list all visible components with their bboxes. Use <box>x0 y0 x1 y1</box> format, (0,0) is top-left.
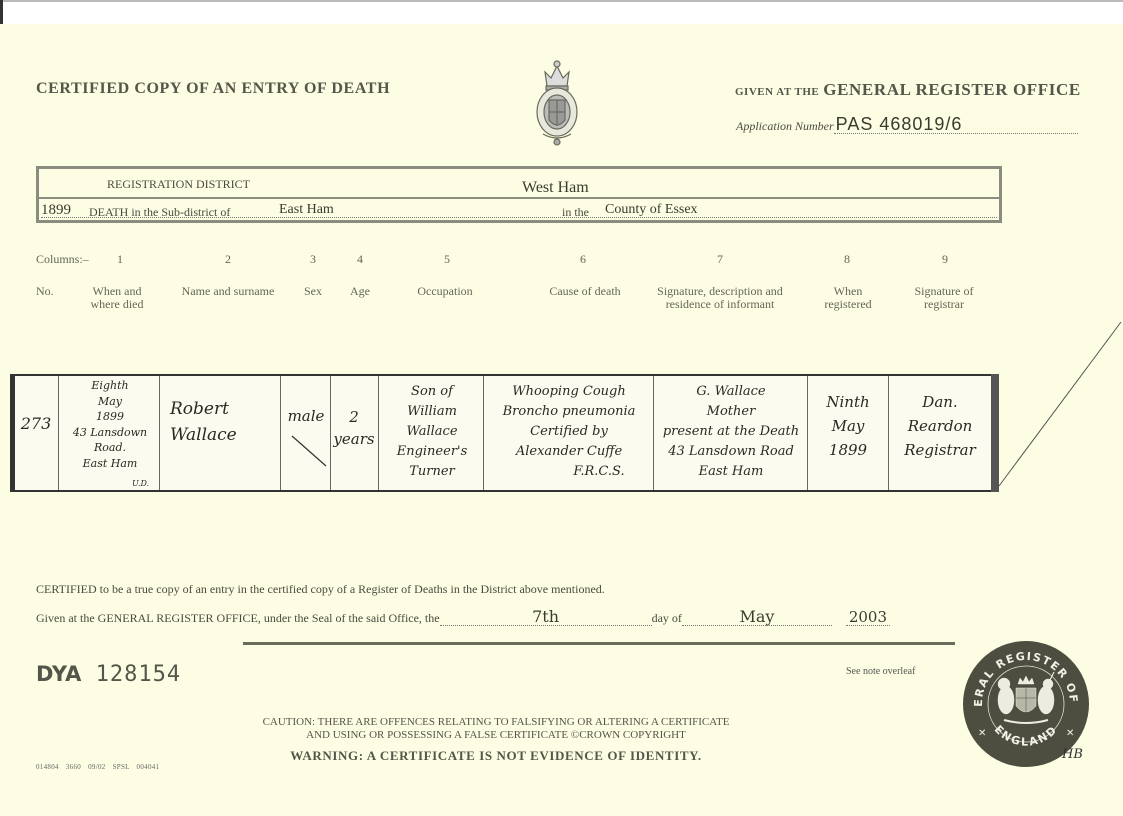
county-value: County of Essex <box>605 202 698 218</box>
examiner-initials: HB <box>1062 747 1083 762</box>
column-number-4: 4 <box>357 252 363 267</box>
entry-age: 2 years <box>330 406 378 450</box>
column-divider <box>888 376 889 490</box>
entry-date-day: Eighth <box>60 378 160 394</box>
occupation-line: Wallace <box>382 422 482 442</box>
entry-age-unit: years <box>330 428 378 450</box>
entry-left-border <box>10 374 15 492</box>
certificate-day: 7th <box>440 609 652 626</box>
column-number-6: 6 <box>580 252 586 267</box>
entry-registrar: Dan. Reardon Registrar <box>890 390 990 462</box>
certificate-year: 2003 <box>846 609 890 626</box>
header-when-where: When and where died <box>82 285 152 311</box>
entry-cause: Whooping Cough Broncho pneumonia Certifi… <box>485 382 653 482</box>
column-number-5: 5 <box>444 252 450 267</box>
general-register-office-label: GENERAL REGISTER OFFICE <box>823 80 1081 99</box>
entry-name: Robert Wallace <box>160 396 290 448</box>
given-under-seal-line: Given at the GENERAL REGISTER OFFICE, un… <box>36 609 890 626</box>
cause-line: Broncho pneumonia <box>485 402 653 422</box>
entry-when-where: Eighth May 1899 43 Lansdown Road. East H… <box>60 378 160 471</box>
scan-top-margin <box>0 0 1123 24</box>
form-code: 014804 3660 09/02 SPSL 004041 <box>36 763 159 771</box>
dotted-line <box>41 217 997 218</box>
registered-year: 1899 <box>808 438 888 462</box>
entry-date-year: 1899 <box>60 409 160 425</box>
cause-line: Alexander Cuffe <box>485 442 653 462</box>
occupation-line: Engineer's <box>382 442 482 462</box>
horizontal-rule <box>243 642 955 645</box>
register-entry-row: 273 Eighth May 1899 43 Lansdown Road. Ea… <box>10 374 995 492</box>
cancel-diagonal-line <box>995 320 1123 490</box>
scan-left-edge <box>0 0 3 24</box>
occupation-line: Turner <box>382 462 482 482</box>
application-number-value: PAS 468019/6 <box>834 115 1078 134</box>
entry-forename: Robert <box>170 396 290 422</box>
district-row: REGISTRATION DISTRICT West Ham <box>39 169 999 199</box>
occupation-line: Son of <box>382 382 482 402</box>
svg-text:✕: ✕ <box>978 728 986 739</box>
registration-district-value: West Ham <box>522 179 589 197</box>
certificate-month: May <box>682 609 832 626</box>
occupation-line: William <box>382 402 482 422</box>
entry-surname: Wallace <box>170 422 290 448</box>
royal-crest-icon <box>533 58 581 150</box>
header-age: Age <box>345 285 375 298</box>
application-number-label: Application Number <box>736 119 834 134</box>
header-registrar: Signature of registrar <box>908 285 980 311</box>
entry-date-month: May <box>60 394 160 410</box>
serial-number: 128154 <box>96 662 181 687</box>
registered-month: May <box>808 414 888 438</box>
column-number-2: 2 <box>225 252 231 267</box>
column-divider <box>483 376 484 490</box>
cause-line: Whooping Cough <box>485 382 653 402</box>
see-note-overleaf: See note overleaf <box>846 666 915 677</box>
caution-line-1: CAUTION: THERE ARE OFFENCES RELATING TO … <box>230 716 762 729</box>
header-occupation: Occupation <box>400 285 490 298</box>
informant-line: Mother <box>655 402 807 422</box>
registrar-line: Reardon <box>890 414 990 438</box>
informant-line: 43 Lansdown Road <box>655 442 807 462</box>
entry-sex: male <box>280 408 332 424</box>
entry-address-town: East Ham <box>60 456 160 472</box>
informant-line: present at the Death <box>655 422 807 442</box>
strike-mark <box>290 434 330 470</box>
entry-ud-note: U.D. <box>132 476 149 492</box>
application-number-field: Application Number PAS 468019/6 <box>736 115 1078 134</box>
day-of-label: day of <box>652 611 682 626</box>
given-at-heading: GIVEN AT THEGENERAL REGISTER OFFICE <box>735 80 1081 100</box>
given-under-seal-text: Given at the GENERAL REGISTER OFFICE, un… <box>36 611 440 626</box>
subdistrict-value: East Ham <box>279 202 334 218</box>
svg-text:✕: ✕ <box>1066 728 1074 739</box>
header-no: No. <box>36 285 54 298</box>
entry-when-registered: Ninth May 1899 <box>808 390 888 462</box>
header-informant: Signature, description and residence of … <box>655 285 785 311</box>
registration-district-box: REGISTRATION DISTRICT West Ham 1899 DEAT… <box>36 166 1002 223</box>
entry-number: 273 <box>16 416 56 432</box>
entry-age-value: 2 <box>330 406 378 428</box>
column-number-8: 8 <box>844 252 850 267</box>
header-when-registered: When registered <box>818 285 878 311</box>
column-divider <box>58 376 59 490</box>
registrar-line: Dan. <box>890 390 990 414</box>
informant-line: G. Wallace <box>655 382 807 402</box>
column-number-3: 3 <box>310 252 316 267</box>
serial-prefix: DYA <box>36 662 81 686</box>
column-divider <box>378 376 379 490</box>
header-cause: Cause of death <box>540 285 630 298</box>
informant-line: East Ham <box>655 462 807 482</box>
cause-line: F.R.C.S. <box>485 462 653 482</box>
certificate-title: CERTIFIED COPY OF AN ENTRY OF DEATH <box>36 80 390 98</box>
caution-notice: CAUTION: THERE ARE OFFENCES RELATING TO … <box>230 716 762 742</box>
identity-warning: WARNING: A CERTIFICATE IS NOT EVIDENCE O… <box>230 748 762 764</box>
columns-label: Columns:– <box>36 252 89 267</box>
cause-line: Certified by <box>485 422 653 442</box>
entry-informant: G. Wallace Mother present at the Death 4… <box>655 382 807 482</box>
certificate-serial: DYA 128154 <box>36 662 181 687</box>
registrar-line: Registrar <box>890 438 990 462</box>
column-divider <box>653 376 654 490</box>
registration-district-label: REGISTRATION DISTRICT <box>107 177 250 192</box>
entry-occupation: Son of William Wallace Engineer's Turner <box>382 382 482 482</box>
column-number-9: 9 <box>942 252 948 267</box>
entry-address-road: Road. <box>60 440 160 456</box>
entry-address-street: 43 Lansdown <box>60 425 160 441</box>
registered-day: Ninth <box>808 390 888 414</box>
column-number-1: 1 <box>117 252 123 267</box>
caution-line-2: AND USING OR POSSESSING A FALSE CERTIFIC… <box>230 729 762 742</box>
header-sex: Sex <box>300 285 326 298</box>
certified-statement: CERTIFIED to be a true copy of an entry … <box>36 582 605 597</box>
given-at-label: GIVEN AT THE <box>735 86 819 98</box>
header-name: Name and surname <box>176 285 280 298</box>
column-number-7: 7 <box>717 252 723 267</box>
scan-edge-line <box>0 0 1123 2</box>
